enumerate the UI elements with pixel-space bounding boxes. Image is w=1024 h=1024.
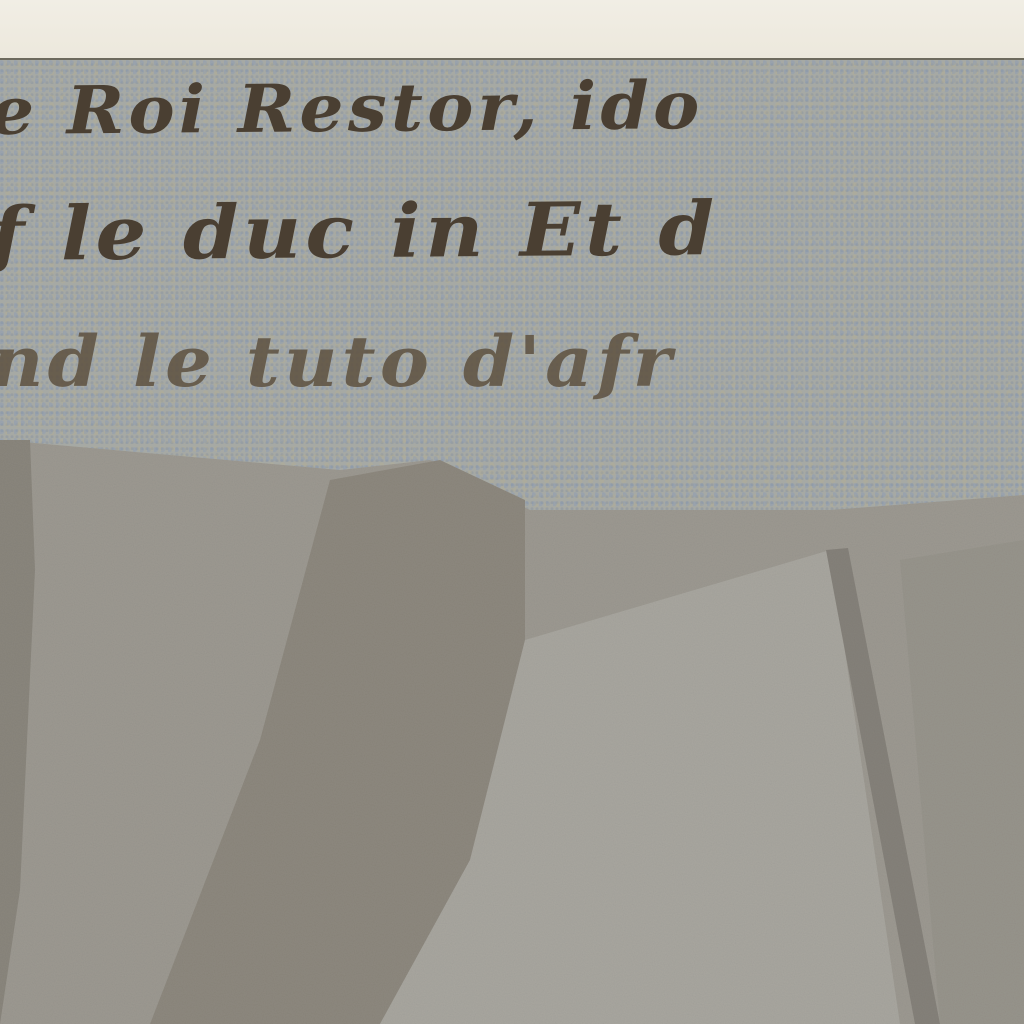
mount-border bbox=[0, 0, 1024, 60]
manuscript-line-1: e Roi Restor, ido bbox=[0, 66, 704, 150]
ink-wash-drawing bbox=[0, 440, 1024, 1024]
manuscript-line-2: f le duc in Et d bbox=[0, 186, 719, 278]
manuscript-line-3: nd le tuto d'afr bbox=[0, 320, 676, 403]
